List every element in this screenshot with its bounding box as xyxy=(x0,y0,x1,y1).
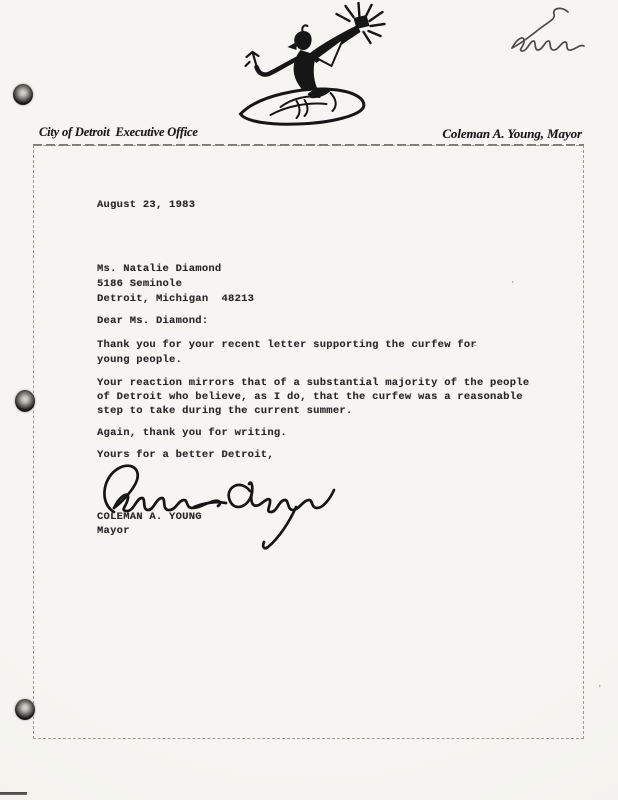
handwritten-annotation-green xyxy=(492,4,597,52)
signature-handwritten xyxy=(88,454,338,554)
scanned-letter-page: City of Detroit Executive Office Coleman… xyxy=(0,0,618,800)
scan-speck: ’ xyxy=(598,684,601,695)
spirit-of-detroit-logo xyxy=(212,2,388,129)
letterhead-office: City of Detroit Executive Office xyxy=(39,125,198,140)
sheet-edge-border xyxy=(33,145,584,739)
scan-speck: – xyxy=(472,340,477,351)
scan-speck: ’ xyxy=(511,280,514,291)
paragraph-2: Your reaction mirrors that of a substant… xyxy=(97,376,529,419)
binder-hole-top xyxy=(13,84,33,105)
letter-date: August 23, 1983 xyxy=(97,198,195,213)
paragraph-1: Thank you for your recent letter support… xyxy=(97,338,477,367)
scan-edge-artifact xyxy=(0,792,27,795)
recipient-address: Ms. Natalie Diamond 5186 Seminole Detroi… xyxy=(97,262,254,307)
letterhead-mayor-name: Coleman A. Young, Mayor xyxy=(442,126,582,142)
binder-hole-middle xyxy=(15,390,35,412)
salutation: Dear Ms. Diamond: xyxy=(97,314,208,329)
binder-hole-bottom xyxy=(15,699,35,720)
paragraph-3: Again, thank you for writing. xyxy=(97,426,287,441)
signature-block: COLEMAN A. YOUNG Mayor xyxy=(97,510,202,538)
